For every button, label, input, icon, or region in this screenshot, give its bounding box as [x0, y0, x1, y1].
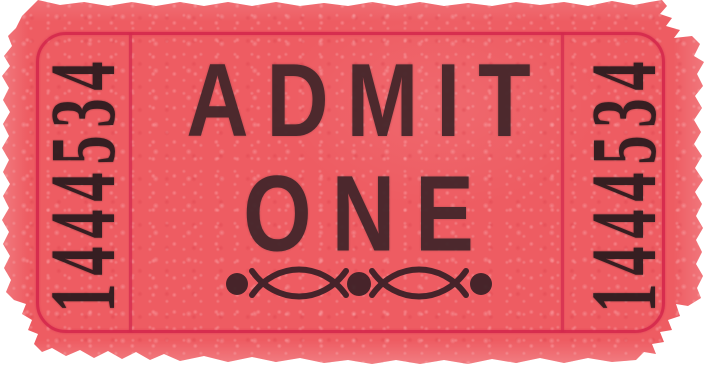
serial-number-left-stub: 1444534: [36, 33, 131, 332]
serial-number-text: 1444534: [37, 53, 130, 312]
ticket-center-panel: ADMIT ONE: [142, 0, 575, 370]
ornament-dot-icon: [470, 273, 492, 295]
serial-number-right-stub: 1444534: [563, 33, 665, 332]
ticket-paper: 1444534 1444534 ADMIT ONE: [0, 0, 709, 370]
wave-flourish-icon: [372, 270, 466, 296]
ornament-svg: [224, 263, 494, 301]
admit-text-line: ADMIT: [142, 58, 575, 144]
ornament-row: [142, 263, 575, 301]
scanned-photo-canvas: 1444534 1444534 ADMIT ONE: [0, 0, 709, 370]
ornament-dot-icon: [226, 273, 248, 295]
ornament-dot-icon: [347, 272, 371, 296]
serial-number-text: 1444534: [578, 53, 671, 312]
one-text: ONE: [243, 160, 494, 267]
one-text-line: ONE: [142, 170, 575, 258]
admit-text: ADMIT: [186, 49, 548, 153]
wave-flourish-icon: [252, 270, 346, 296]
